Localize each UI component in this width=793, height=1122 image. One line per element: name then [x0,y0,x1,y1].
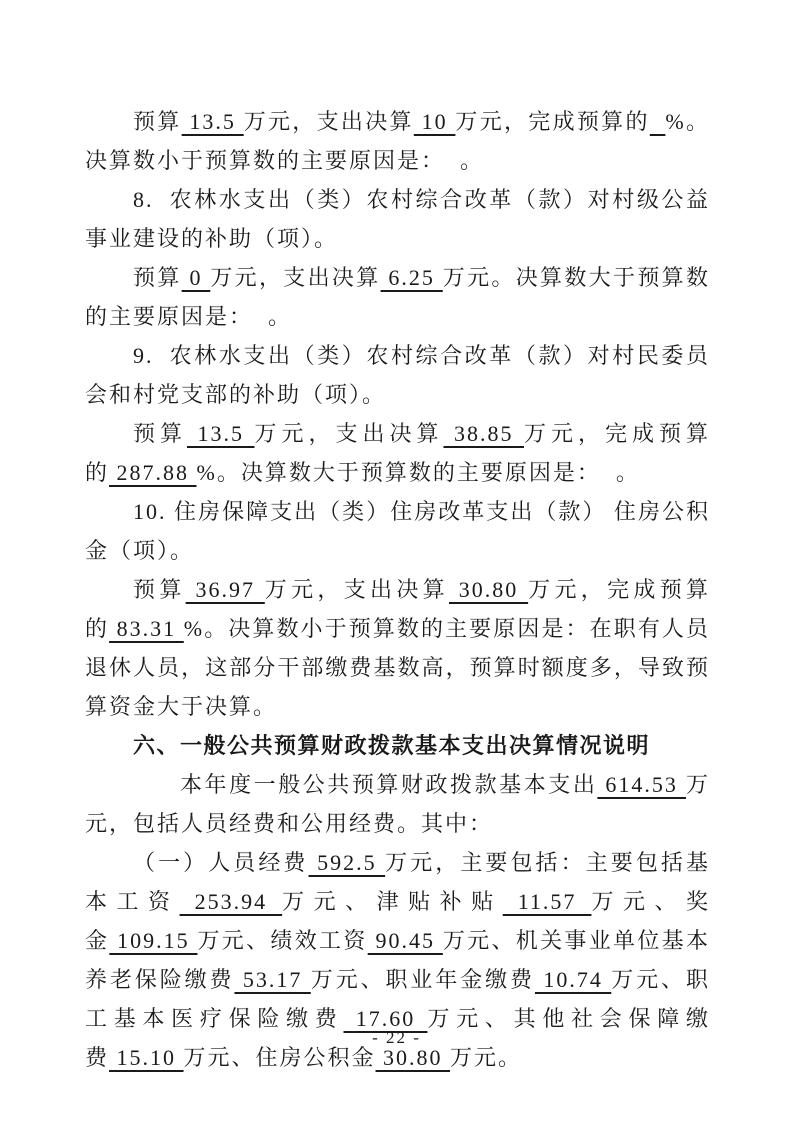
underlined-value: 0 [182,265,211,290]
underlined-value: 11.57 [503,889,592,914]
underlined-value: 592.5 [309,850,386,875]
underlined-value: 38.85 [443,421,524,446]
text-run: 万元、绩效工资 [197,928,367,953]
text-run: 万元、住房公积金 [184,1045,376,1070]
text-run: 万元、津贴补贴 [282,889,503,914]
text-run: 万元，支出决算 [210,265,380,290]
text-run: 万元。 [450,1045,522,1070]
text-run: 预算 [133,109,182,134]
underlined-value: 287.88 [109,460,197,485]
paragraph-item9-figures: 预算 13.5 万元，支出决算 38.85 万元，完成预算的 287.88 %。… [85,414,710,492]
underlined-value: 83.31 [109,616,184,641]
text-run: （一）人员经费 [133,850,309,875]
paragraph-item10-figures: 预算 36.97 万元，支出决算 30.80 万元，完成预算的 83.31 %。… [85,570,710,726]
paragraph-item8-figures: 预算 0 万元，支出决算 6.25 万元。决算数大于预算数的主要原因是： 。 [85,258,710,336]
underlined-value: 6.25 [381,265,443,290]
text-run: 预算 [133,577,186,602]
underlined-value: 30.80 [449,577,528,602]
underlined-value: 13.5 [187,421,255,446]
text-run: 万元，支出决算 [244,109,414,134]
underlined-value: 10 [414,109,456,134]
text-run: 万元，完成预算的 [455,109,649,134]
underlined-value: 30.80 [376,1045,451,1070]
text-run: %。决算数大于预算数的主要原因是： 。 [197,460,640,485]
text-run: 六、一般公共预算财政拨款基本支出决算情况说明 [133,733,650,758]
underlined-value: 36.97 [186,577,265,602]
underlined-value: 13.5 [182,109,244,134]
paragraph-item8-title: 8. 农林水支出（类）农村综合改革（款）对村级公益事业建设的补助（项）。 [85,180,710,258]
text-run: 万元，支出决算 [265,577,449,602]
document-body: 预算 13.5 万元，支出决算 10 万元，完成预算的 %。决算数小于预算数的主… [85,102,710,1077]
text-run: 预算 [133,265,182,290]
text-run: 本年度一般公共预算财政拨款基本支出 [180,772,597,797]
paragraph-basic-expenditure-total: 本年度一般公共预算财政拨款基本支出 614.53 万元，包括人员经费和公用经费。… [85,765,710,843]
underlined-value: 53.17 [234,967,310,992]
underlined-value: 90.45 [368,928,443,953]
text-run: 预算 [133,421,187,446]
underlined-value: 15.10 [109,1045,184,1070]
text-run: 万元、职业年金缴费 [311,967,535,992]
underlined-value: 614.53 [597,772,686,797]
text-run: 万元，支出决算 [255,421,444,446]
text-run: 9. 农林水支出（类）农村综合改革（款）对村民委员会和村党支部的补助（项）。 [85,343,710,407]
paragraph-item10-title: 10. 住房保障支出（类）住房改革支出（款） 住房公积金（项）。 [85,492,710,570]
underlined-value: 253.94 [180,889,283,914]
underlined-value: 10.74 [535,967,611,992]
underlined-value [650,109,666,134]
section-heading-six: 六、一般公共预算财政拨款基本支出决算情况说明 [85,726,710,765]
underlined-value: 109.15 [109,928,197,953]
text-run: 8. 农林水支出（类）农村综合改革（款）对村级公益事业建设的补助（项）。 [85,187,710,251]
text-run: 10. 住房保障支出（类）住房改革支出（款） 住房公积金（项）。 [85,499,710,563]
page-number: - 22 - [0,1028,793,1048]
paragraph-item7-figures: 预算 13.5 万元，支出决算 10 万元，完成预算的 %。决算数小于预算数的主… [85,102,710,180]
paragraph-item9-title: 9. 农林水支出（类）农村综合改革（款）对村民委员会和村党支部的补助（项）。 [85,336,710,414]
